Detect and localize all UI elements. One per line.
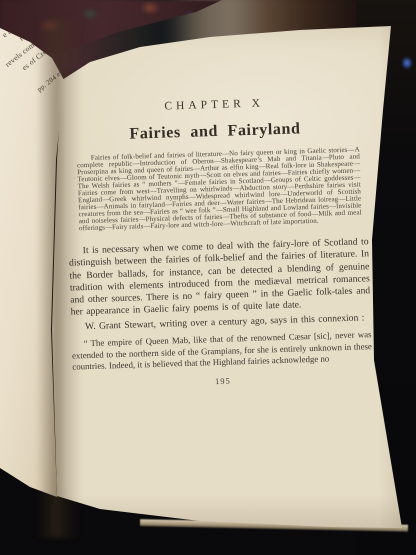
paragraph-quote: “ The empire of Queen Mab, like that of …: [71, 329, 372, 373]
background-highlight-dot: [403, 58, 411, 68]
chapter-title: Fairies and Fairyland: [65, 118, 365, 145]
paragraph: It is necessary when we come to deal wit…: [69, 236, 371, 319]
book-photo: e and fertility ride’s Eve revels commen…: [0, 0, 416, 555]
chapter-synopsis: Fairies of folk-belief and fairies of li…: [77, 146, 362, 232]
right-page: CHAPTER X Fairies and Fairyland Fairies …: [0, 0, 416, 555]
page-content: CHAPTER X Fairies and Fairyland Fairies …: [64, 94, 373, 390]
